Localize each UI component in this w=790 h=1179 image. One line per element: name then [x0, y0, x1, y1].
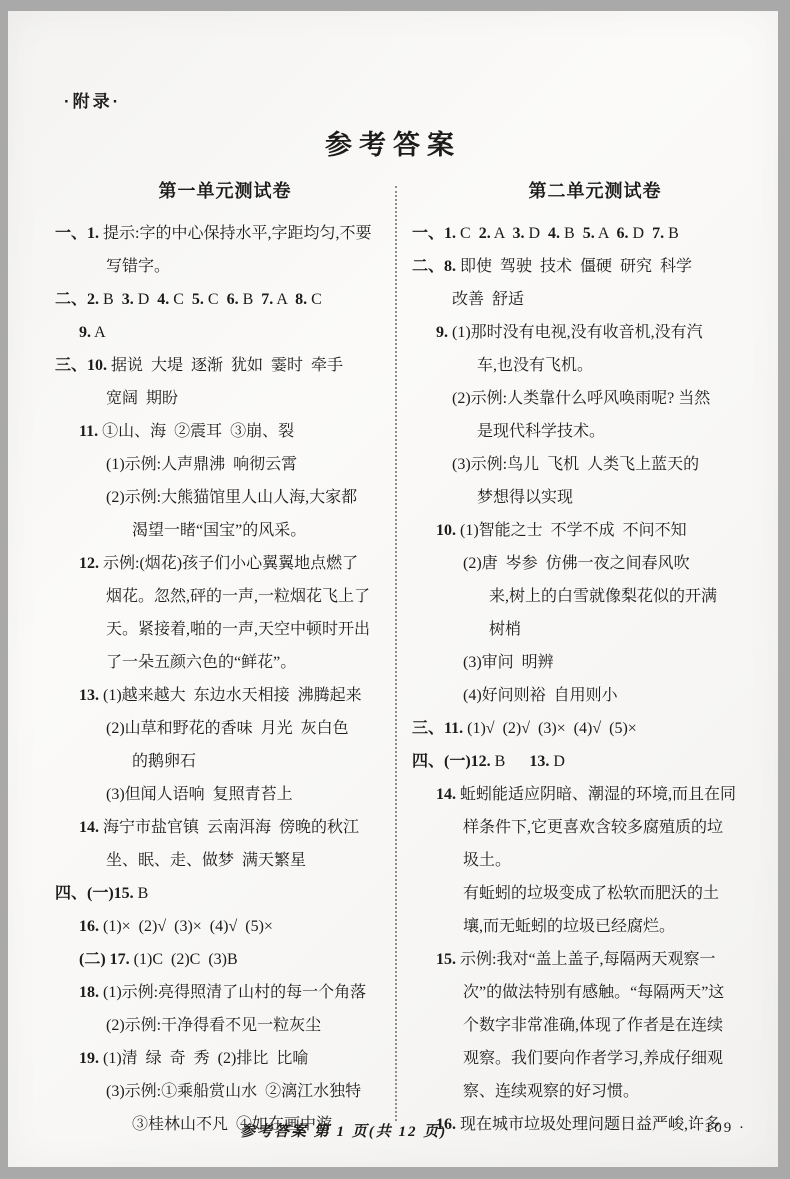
column-divider-dotted-line	[395, 186, 397, 1121]
answer-line: (2)示例:人类靠什么呼风唤雨呢? 当然	[412, 382, 778, 415]
answer-line: 一、1. C 2. A 3. D 4. B 5. A 6. D 7. B	[412, 217, 778, 250]
scanned-answer-page: { "page": { "corner_label": "·附录·", "tit…	[0, 0, 790, 1179]
answer-line: 18. (1)示例:亮得照清了山村的每一个角落	[55, 976, 395, 1009]
answer-line: 9. (1)那时没有电视,没有收音机,没有汽	[412, 316, 778, 349]
answer-line: (3)审问 明辨	[412, 646, 778, 679]
answer-line: 是现代科学技术。	[412, 415, 778, 448]
unit2-answer-lines: 一、1. C 2. A 3. D 4. B 5. A 6. D 7. B二、8.…	[412, 217, 778, 1141]
answer-line: 16. (1)× (2)√ (3)× (4)√ (5)×	[55, 910, 395, 943]
unit2-test-header: 第二单元测试卷	[412, 171, 778, 217]
answer-line: (2)示例:干净得看不见一粒灰尘	[55, 1009, 395, 1042]
answer-line: 有蚯蚓的垃圾变成了松软而肥沃的土	[412, 877, 778, 910]
answer-line: 19. (1)清 绿 奇 秀 (2)排比 比喻	[55, 1042, 395, 1075]
answer-line: 个数字非常准确,体现了作者是在连续	[412, 1009, 778, 1042]
answer-line: 三、11. (1)√ (2)√ (3)× (4)√ (5)×	[412, 712, 778, 745]
answer-line: (3)示例:鸟儿 飞机 人类飞上蓝天的	[412, 448, 778, 481]
page-title: 参考答案	[8, 123, 778, 162]
answer-line: (2)示例:大熊猫馆里人山人海,大家都	[55, 481, 395, 514]
appendix-corner-label: ·附录·	[64, 87, 121, 112]
answer-line: 改善 舒适	[412, 283, 778, 316]
answer-line: (3)示例:①乘船赏山水 ②漓江水独特	[55, 1075, 395, 1108]
answer-line: 二、8. 即使 驾驶 技术 僵硬 研究 科学	[412, 250, 778, 283]
answer-line: 四、(一)12. B 13. D	[412, 745, 778, 778]
answer-line: 天。紧接着,啪的一声,天空中顿时开出	[55, 613, 395, 646]
answer-line: 写错字。	[55, 250, 395, 283]
answer-line: (1)示例:人声鼎沸 响彻云霄	[55, 448, 395, 481]
answer-line: 15. 示例:我对“盖上盖子,每隔两天观察一	[412, 943, 778, 976]
answer-column-unit1: 第一单元测试卷 一、1. 提示:字的中心保持水平,字距均匀,不要写错字。二、2.…	[55, 171, 395, 1141]
unit1-test-header: 第一单元测试卷	[55, 171, 395, 217]
answer-line: 渴望一睹“国宝”的风采。	[55, 514, 395, 547]
answer-line: 来,树上的白雪就像梨花似的开满	[412, 580, 778, 613]
answer-line: 二、2. B 3. D 4. C 5. C 6. B 7. A 8. C	[55, 283, 395, 316]
answer-line: 车,也没有飞机。	[412, 349, 778, 382]
answer-line: 坐、眠、走、做梦 满天繁星	[55, 844, 395, 877]
answer-line: 13. (1)越来越大 东边水天相接 沸腾起来	[55, 679, 395, 712]
answer-line: 了一朵五颜六色的“鲜花”。	[55, 646, 395, 679]
answer-line: 梦想得以实现	[412, 481, 778, 514]
answer-line: 样条件下,它更喜欢含较多腐殖质的垃	[412, 811, 778, 844]
answer-line: 四、(一)15. B	[55, 877, 395, 910]
answer-line: 树梢	[412, 613, 778, 646]
unit1-answer-lines: 一、1. 提示:字的中心保持水平,字距均匀,不要写错字。二、2. B 3. D …	[55, 217, 395, 1141]
answer-line: 壤,而无蚯蚓的垃圾已经腐烂。	[412, 910, 778, 943]
answer-column-unit2: 第二单元测试卷 一、1. C 2. A 3. D 4. B 5. A 6. D …	[412, 171, 778, 1141]
answer-line: 11. ①山、海 ②震耳 ③崩、裂	[55, 415, 395, 448]
answer-line: 14. 海宁市盐官镇 云南洱海 傍晚的秋江	[55, 811, 395, 844]
answer-line: (2)山草和野花的香味 月光 灰白色	[55, 712, 395, 745]
answer-line: 10. (1)智能之士 不学不成 不问不知	[412, 514, 778, 547]
answer-line: 14. 蚯蚓能适应阴暗、潮湿的环境,而且在同	[412, 778, 778, 811]
answer-line: (二) 17. (1)C (2)C (3)B	[55, 943, 395, 976]
answer-line: 圾土。	[412, 844, 778, 877]
footer-page-number: · 109 ·	[692, 1120, 746, 1137]
answer-line: 三、10. 据说 大堤 逐渐 犹如 霎时 牵手	[55, 349, 395, 382]
paper-page: ·附录· 参考答案 第一单元测试卷 一、1. 提示:字的中心保持水平,字距均匀,…	[8, 11, 778, 1167]
footer-page-info: 参考答案 第 1 页(共 12 页)	[240, 1120, 447, 1141]
answer-line: (3)但闻人语响 复照青苔上	[55, 778, 395, 811]
answer-line: 烟花。忽然,砰的一声,一粒烟花飞上了	[55, 580, 395, 613]
answer-line: (4)好问则裕 自用则小	[412, 679, 778, 712]
answer-line: 察、连续观察的好习惯。	[412, 1075, 778, 1108]
answer-line: 12. 示例:(烟花)孩子们小心翼翼地点燃了	[55, 547, 395, 580]
answer-line: 一、1. 提示:字的中心保持水平,字距均匀,不要	[55, 217, 395, 250]
answer-line: 的鹅卵石	[55, 745, 395, 778]
answer-line: (2)唐 岑参 仿佛一夜之间春风吹	[412, 547, 778, 580]
answer-line: 观察。我们要向作者学习,养成仔细观	[412, 1042, 778, 1075]
answer-line: 宽阔 期盼	[55, 382, 395, 415]
answer-line: 次”的做法特别有感触。“每隔两天”这	[412, 976, 778, 1009]
answer-line: 9. A	[55, 316, 395, 349]
